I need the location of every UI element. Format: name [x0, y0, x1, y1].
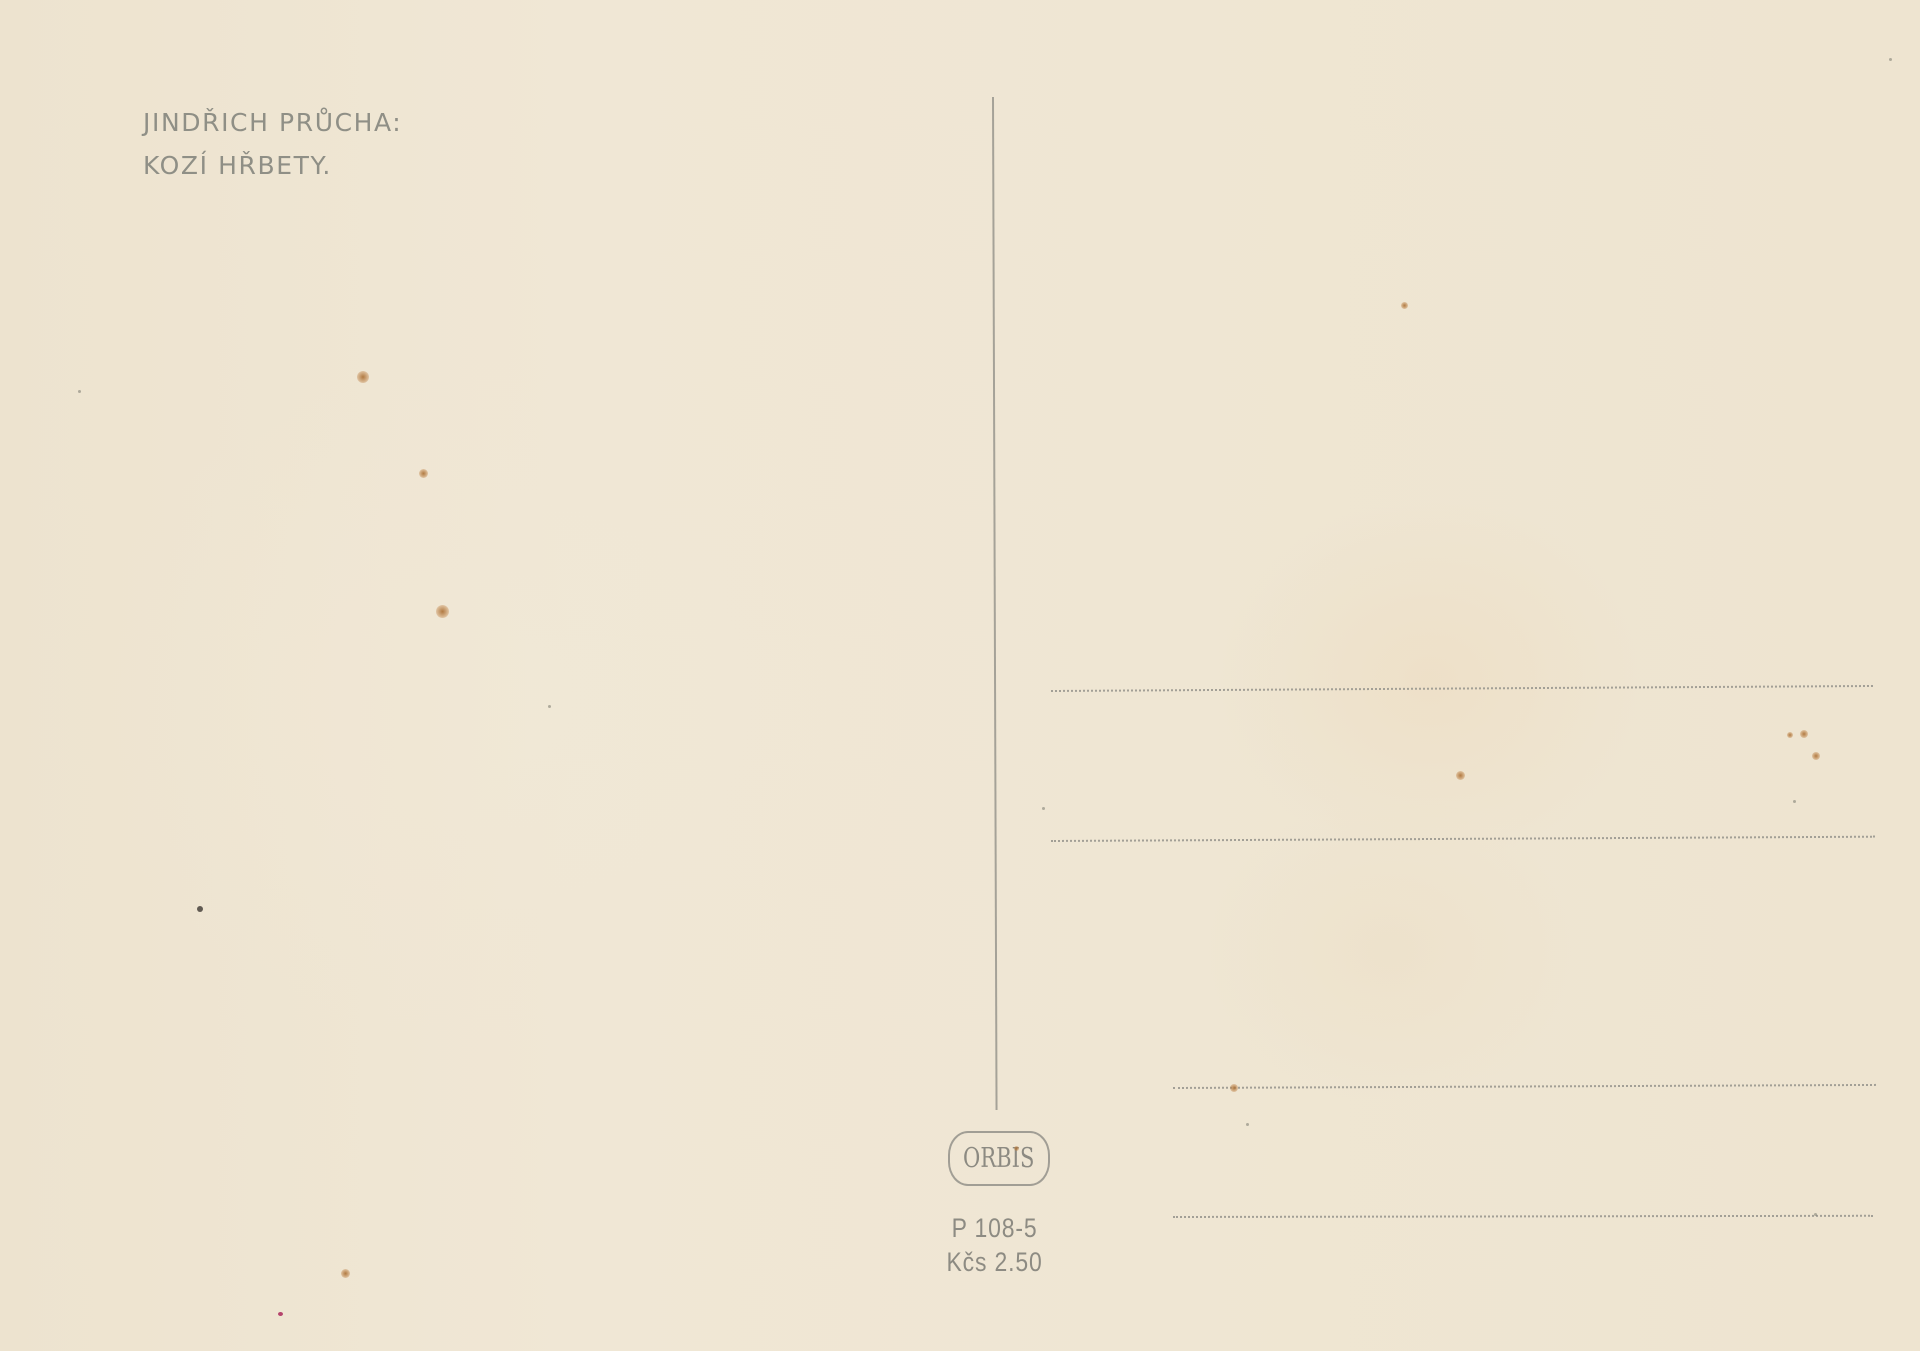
- artist-name: JINDŘICH PRŮCHA:: [143, 101, 402, 144]
- center-divider-line: [992, 97, 997, 1110]
- postcard-back: JINDŘICH PRŮCHA: KOZÍ HŘBETY. ORBIS P 10…: [0, 0, 1920, 1351]
- foxing-spot: [1787, 732, 1793, 738]
- ink-speck: [548, 705, 551, 708]
- foxing-spot: [1014, 1146, 1019, 1151]
- ink-speck: [1246, 1123, 1249, 1126]
- address-line-4: [1173, 1215, 1873, 1218]
- foxing-spot: [1800, 730, 1808, 738]
- foxing-spot: [341, 1269, 350, 1278]
- address-line-1: [1051, 685, 1873, 692]
- foxing-spot: [436, 605, 449, 618]
- foxing-spot: [357, 371, 369, 383]
- catalog-number: P 108-5: [900, 1213, 1090, 1244]
- ink-speck: [1889, 58, 1892, 61]
- ink-speck: [78, 390, 81, 393]
- ink-speck: [1814, 1213, 1817, 1216]
- address-line-3: [1173, 1084, 1876, 1089]
- foxing-spot: [1456, 771, 1465, 780]
- ink-speck: [197, 906, 203, 912]
- price-label: Kčs 2.50: [900, 1247, 1090, 1278]
- foxing-spot: [1230, 1084, 1238, 1092]
- publisher-logo-orbis: ORBIS: [948, 1131, 1050, 1186]
- ink-speck: [1042, 807, 1045, 810]
- address-line-2: [1051, 836, 1875, 842]
- ink-speck: [1793, 800, 1796, 803]
- ink-speck: [278, 1312, 283, 1316]
- foxing-spot: [419, 469, 428, 478]
- artwork-caption: JINDŘICH PRŮCHA: KOZÍ HŘBETY.: [143, 101, 402, 187]
- artwork-title: KOZÍ HŘBETY.: [143, 144, 402, 187]
- foxing-spot: [1401, 302, 1408, 309]
- publisher-logo-text: ORBIS: [963, 1143, 1034, 1174]
- foxing-spot: [1812, 752, 1820, 760]
